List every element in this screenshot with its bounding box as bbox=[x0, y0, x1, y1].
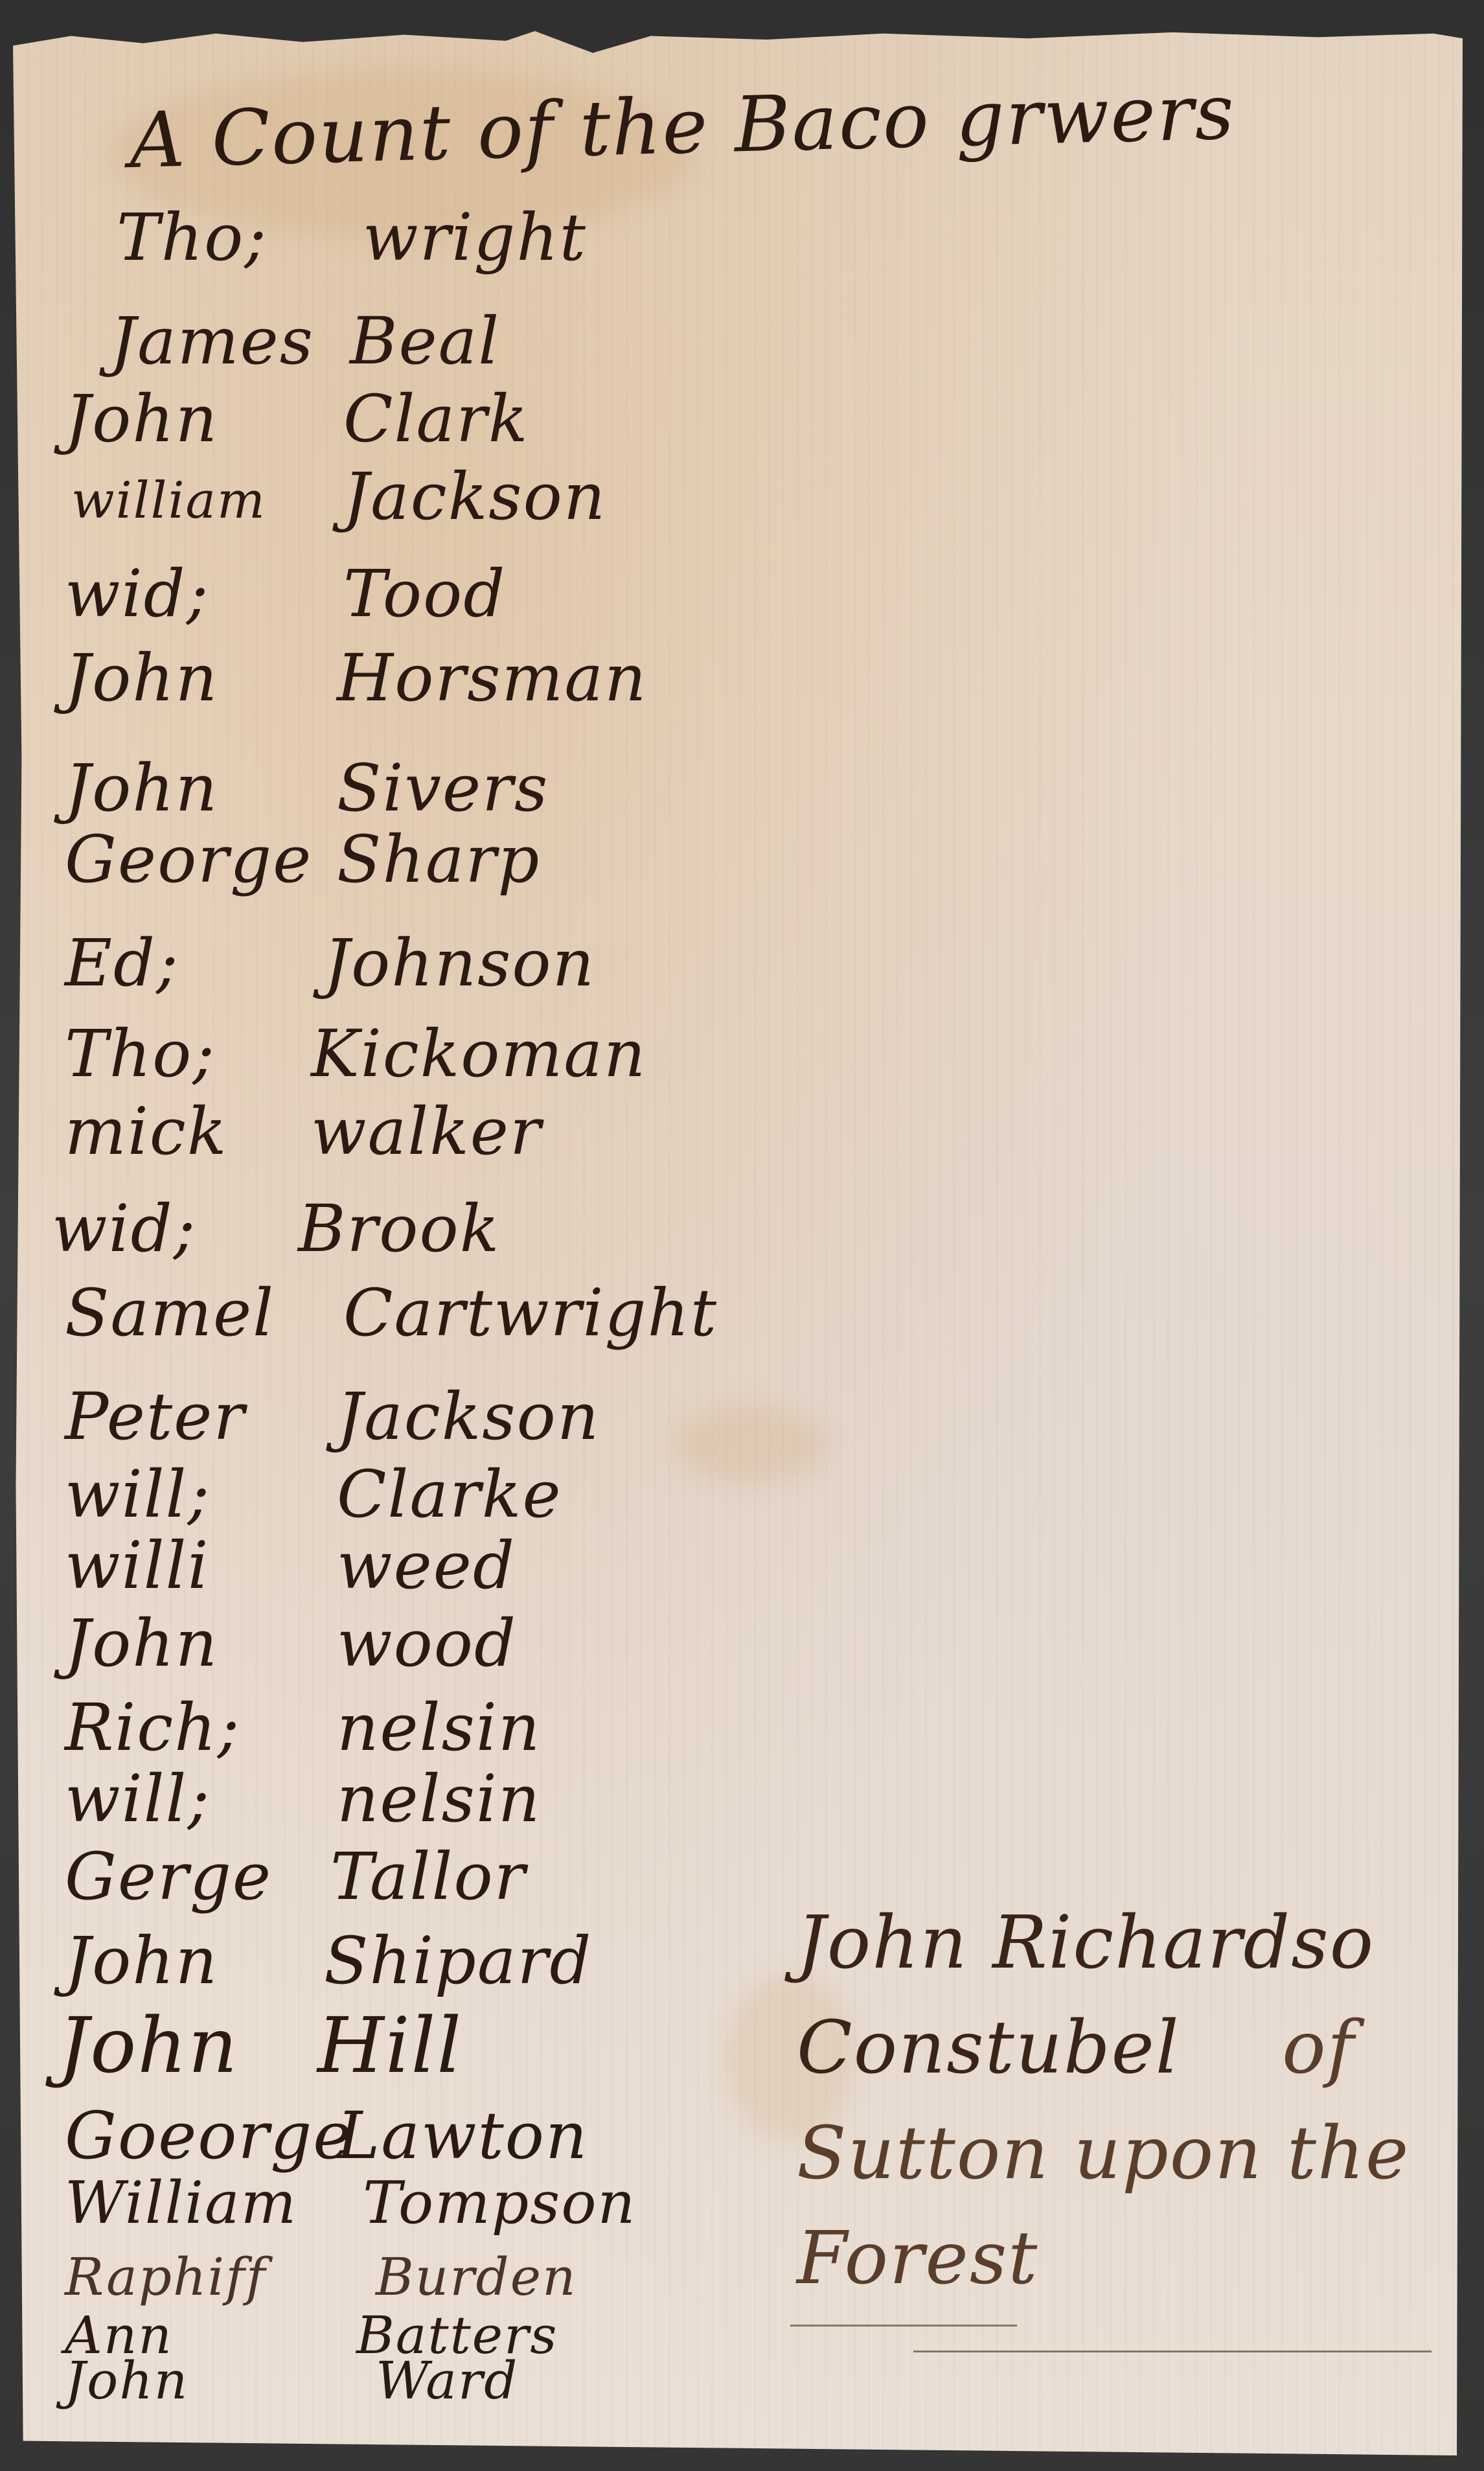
given-name: John bbox=[65, 2350, 188, 2411]
surname: Clarke bbox=[337, 1456, 562, 1532]
surname: Horsman bbox=[337, 640, 647, 716]
of-text: of bbox=[1282, 2006, 1355, 2090]
given-name: Tho; bbox=[117, 200, 268, 275]
given-name: will; bbox=[65, 1456, 211, 1532]
surname: Jackson bbox=[337, 1379, 600, 1454]
place-line-1: Sutton upon the bbox=[797, 2101, 1410, 2206]
surname: Clark bbox=[343, 381, 529, 457]
given-name: John bbox=[65, 1605, 218, 1681]
given-name: Raphiff bbox=[65, 2247, 266, 2307]
signature-rule bbox=[790, 2325, 1017, 2327]
given-name: James bbox=[110, 303, 314, 379]
surname: wood bbox=[337, 1605, 517, 1681]
given-name: Peter bbox=[65, 1379, 245, 1454]
given-name: Tho; bbox=[65, 1016, 216, 1092]
given-name: wid; bbox=[52, 1191, 196, 1267]
given-name: willi bbox=[65, 1528, 210, 1603]
given-name: will; bbox=[65, 1761, 211, 1837]
given-name: John bbox=[65, 640, 218, 716]
given-name: John bbox=[65, 750, 218, 826]
manuscript-page: A Count of the Baco grwers Tho; wright J… bbox=[13, 31, 1463, 2455]
given-name: John bbox=[65, 1923, 218, 1999]
surname: Jackson bbox=[343, 459, 606, 534]
surname: Tood bbox=[343, 556, 506, 632]
surname: Sharp bbox=[337, 822, 540, 897]
given-name: Rich; bbox=[65, 1690, 240, 1765]
surname: Lawton bbox=[337, 2098, 588, 2174]
given-name: mick bbox=[65, 1094, 227, 1169]
surname: walker bbox=[311, 1094, 542, 1169]
surname: Sivers bbox=[337, 750, 549, 826]
given-name: wid; bbox=[65, 556, 209, 632]
surname: Kickoman bbox=[311, 1016, 646, 1092]
given-name: Goeorge bbox=[65, 2098, 352, 2174]
given-name: Samel bbox=[65, 1275, 275, 1351]
surname: Brook bbox=[298, 1191, 500, 1267]
surname: Ward bbox=[376, 2350, 518, 2411]
given-name: John bbox=[58, 2001, 238, 2090]
given-name: William bbox=[65, 2169, 297, 2237]
given-name: william bbox=[71, 472, 266, 530]
given-name: Gerge bbox=[65, 1839, 272, 1914]
surname: Tallor bbox=[330, 1839, 527, 1914]
surname: nelsin bbox=[337, 1690, 541, 1765]
surname: Shipard bbox=[324, 1923, 592, 1999]
title-text: Constubel bbox=[797, 2006, 1180, 2090]
surname: Tompson bbox=[363, 2169, 637, 2237]
surname: wright bbox=[363, 200, 587, 275]
signature-rule bbox=[913, 2350, 1432, 2352]
given-name: George bbox=[65, 822, 312, 897]
place-line-2: Forest bbox=[797, 2206, 1410, 2311]
given-name: John bbox=[65, 381, 218, 457]
signatory-name: John Richardso bbox=[797, 1891, 1410, 1995]
surname: Cartwright bbox=[343, 1275, 718, 1351]
given-name: Ed; bbox=[65, 925, 179, 1001]
surname: nelsin bbox=[337, 1761, 541, 1837]
surname: Burden bbox=[376, 2247, 577, 2307]
surname: Hill bbox=[317, 2001, 462, 2090]
constable-signature-block: John Richardso Constubel of Sutton upon … bbox=[797, 1891, 1410, 2312]
surname: Johnson bbox=[324, 925, 595, 1001]
surname: weed bbox=[337, 1528, 516, 1603]
paper-stain bbox=[674, 1405, 829, 1482]
signatory-title: Constubel of bbox=[797, 1995, 1410, 2100]
surname: Beal bbox=[350, 303, 500, 379]
